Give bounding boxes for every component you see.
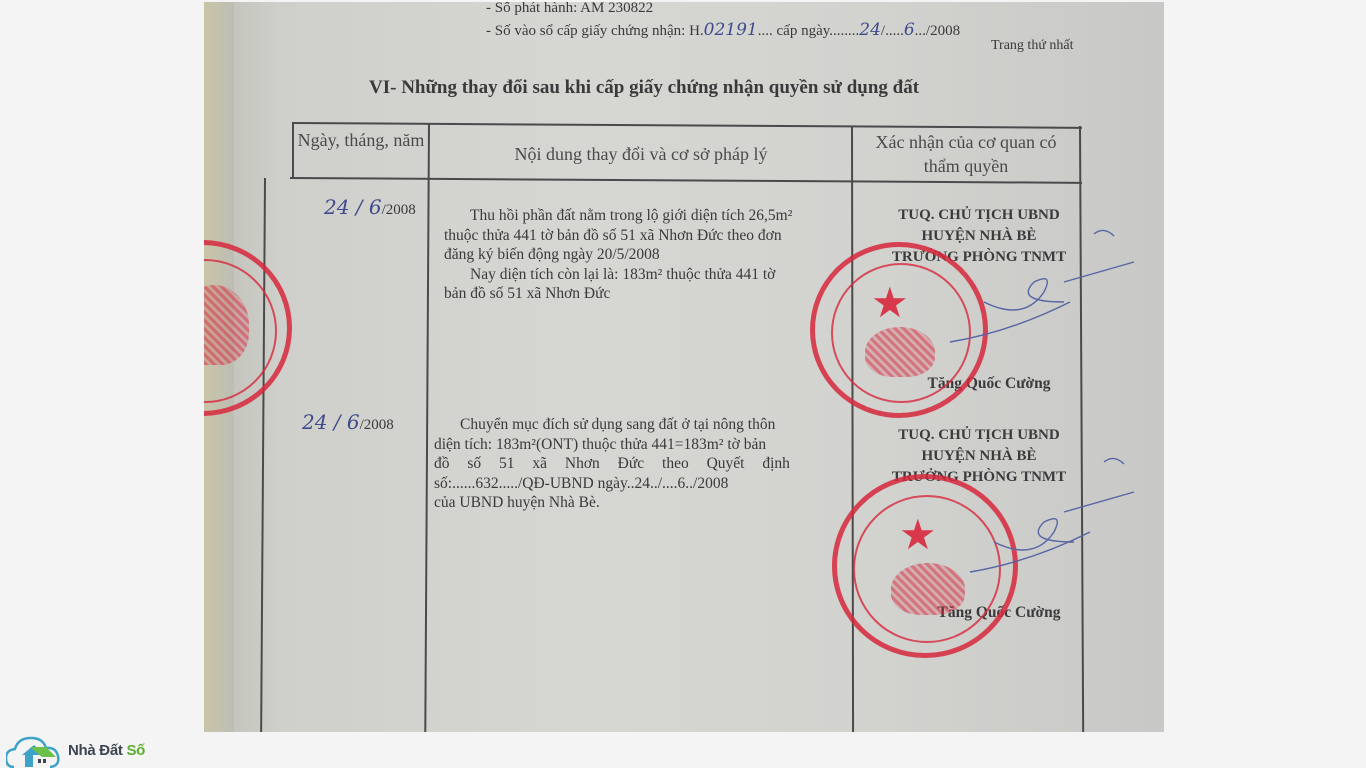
- row1-date: 24 / 6/2008: [324, 195, 416, 219]
- brand-name: Nhà Đất Số: [68, 742, 145, 759]
- register-number: 02191: [704, 20, 758, 40]
- issue-number: - Số phát hành: AM 230822: [486, 2, 653, 17]
- certificate-photo: - Số phát hành: AM 230822 - Số vào sổ cấ…: [204, 2, 1164, 732]
- issue-year: /2008: [926, 23, 960, 39]
- row1-date-handwritten: 24 / 6: [324, 195, 382, 219]
- issue-date-label: cấp ngày: [777, 23, 830, 39]
- nha-dat-so-logo[interactable]: Nhà Đất Số: [6, 733, 145, 768]
- column-header-date: Ngày, tháng, năm: [296, 128, 426, 152]
- star-icon: ★: [899, 515, 937, 557]
- row2-line: đồ số 51 xã Nhơn Đức theo Quyết định: [434, 454, 848, 474]
- row2-date: 24 / 6/2008: [302, 410, 394, 434]
- col-content-line: [851, 126, 854, 732]
- column-header-confirmation: Xác nhận của cơ quan có thẩm quyền: [856, 130, 1076, 178]
- row1-line: bản đồ số 51 xã Nhơn Đức: [444, 284, 850, 304]
- row2-line: của UBND huyện Nhà Bè.: [434, 493, 848, 513]
- row2-date-handwritten: 24 / 6: [302, 410, 360, 434]
- row2-content: Chuyển mục đích sử dụng sang đất ở tại n…: [434, 415, 848, 513]
- cloud-house-icon: [6, 733, 66, 768]
- brand-accent: Số: [126, 742, 145, 759]
- page-label: Trang thứ nhất: [991, 38, 1074, 54]
- row1-line: Thu hồi phần đất nằm trong lộ giới diện …: [444, 206, 850, 226]
- issue-day: 24: [859, 20, 881, 40]
- row1-date-year: /2008: [382, 202, 416, 218]
- row2-line: số:......632...../QĐ-UBND ngày..24../...…: [434, 474, 848, 494]
- table-header-border: [290, 177, 1082, 184]
- row1-line: Nay diện tích còn lại là: 183m² thuộc th…: [444, 265, 850, 285]
- row2-date-year: /2008: [360, 417, 394, 433]
- signature-mark-2: [964, 442, 1164, 582]
- left-red-seal: [204, 240, 292, 416]
- row2-line: Chuyển mục đích sử dụng sang đất ở tại n…: [434, 415, 848, 435]
- section-title: VI- Những thay đổi sau khi cấp giấy chứn…: [369, 77, 919, 99]
- row2-line: diện tích: 183m²(ONT) thuộc thửa 441=183…: [434, 435, 848, 455]
- brand-main: Nhà Đất: [68, 742, 126, 759]
- row1-line: thuộc thửa 441 tờ bản đồ số 51 xã Nhơn Đ…: [444, 226, 850, 246]
- signature-mark-1: [944, 222, 1144, 352]
- table-left-border: [292, 122, 294, 178]
- col-date-line: [424, 123, 430, 732]
- row1-line: đăng ký biến động ngày 20/5/2008: [444, 245, 850, 265]
- register-line: - Số vào sổ cấp giấy chứng nhận: H.02191…: [486, 20, 960, 40]
- issue-month: 6: [904, 20, 915, 40]
- register-label: - Số vào sổ cấp giấy chứng nhận: H.: [486, 23, 704, 39]
- column-header-content: Nội dung thay đổi và cơ sở pháp lý: [432, 142, 850, 166]
- row1-content: Thu hồi phần đất nằm trong lộ giới diện …: [444, 206, 850, 304]
- star-icon: ★: [871, 283, 909, 325]
